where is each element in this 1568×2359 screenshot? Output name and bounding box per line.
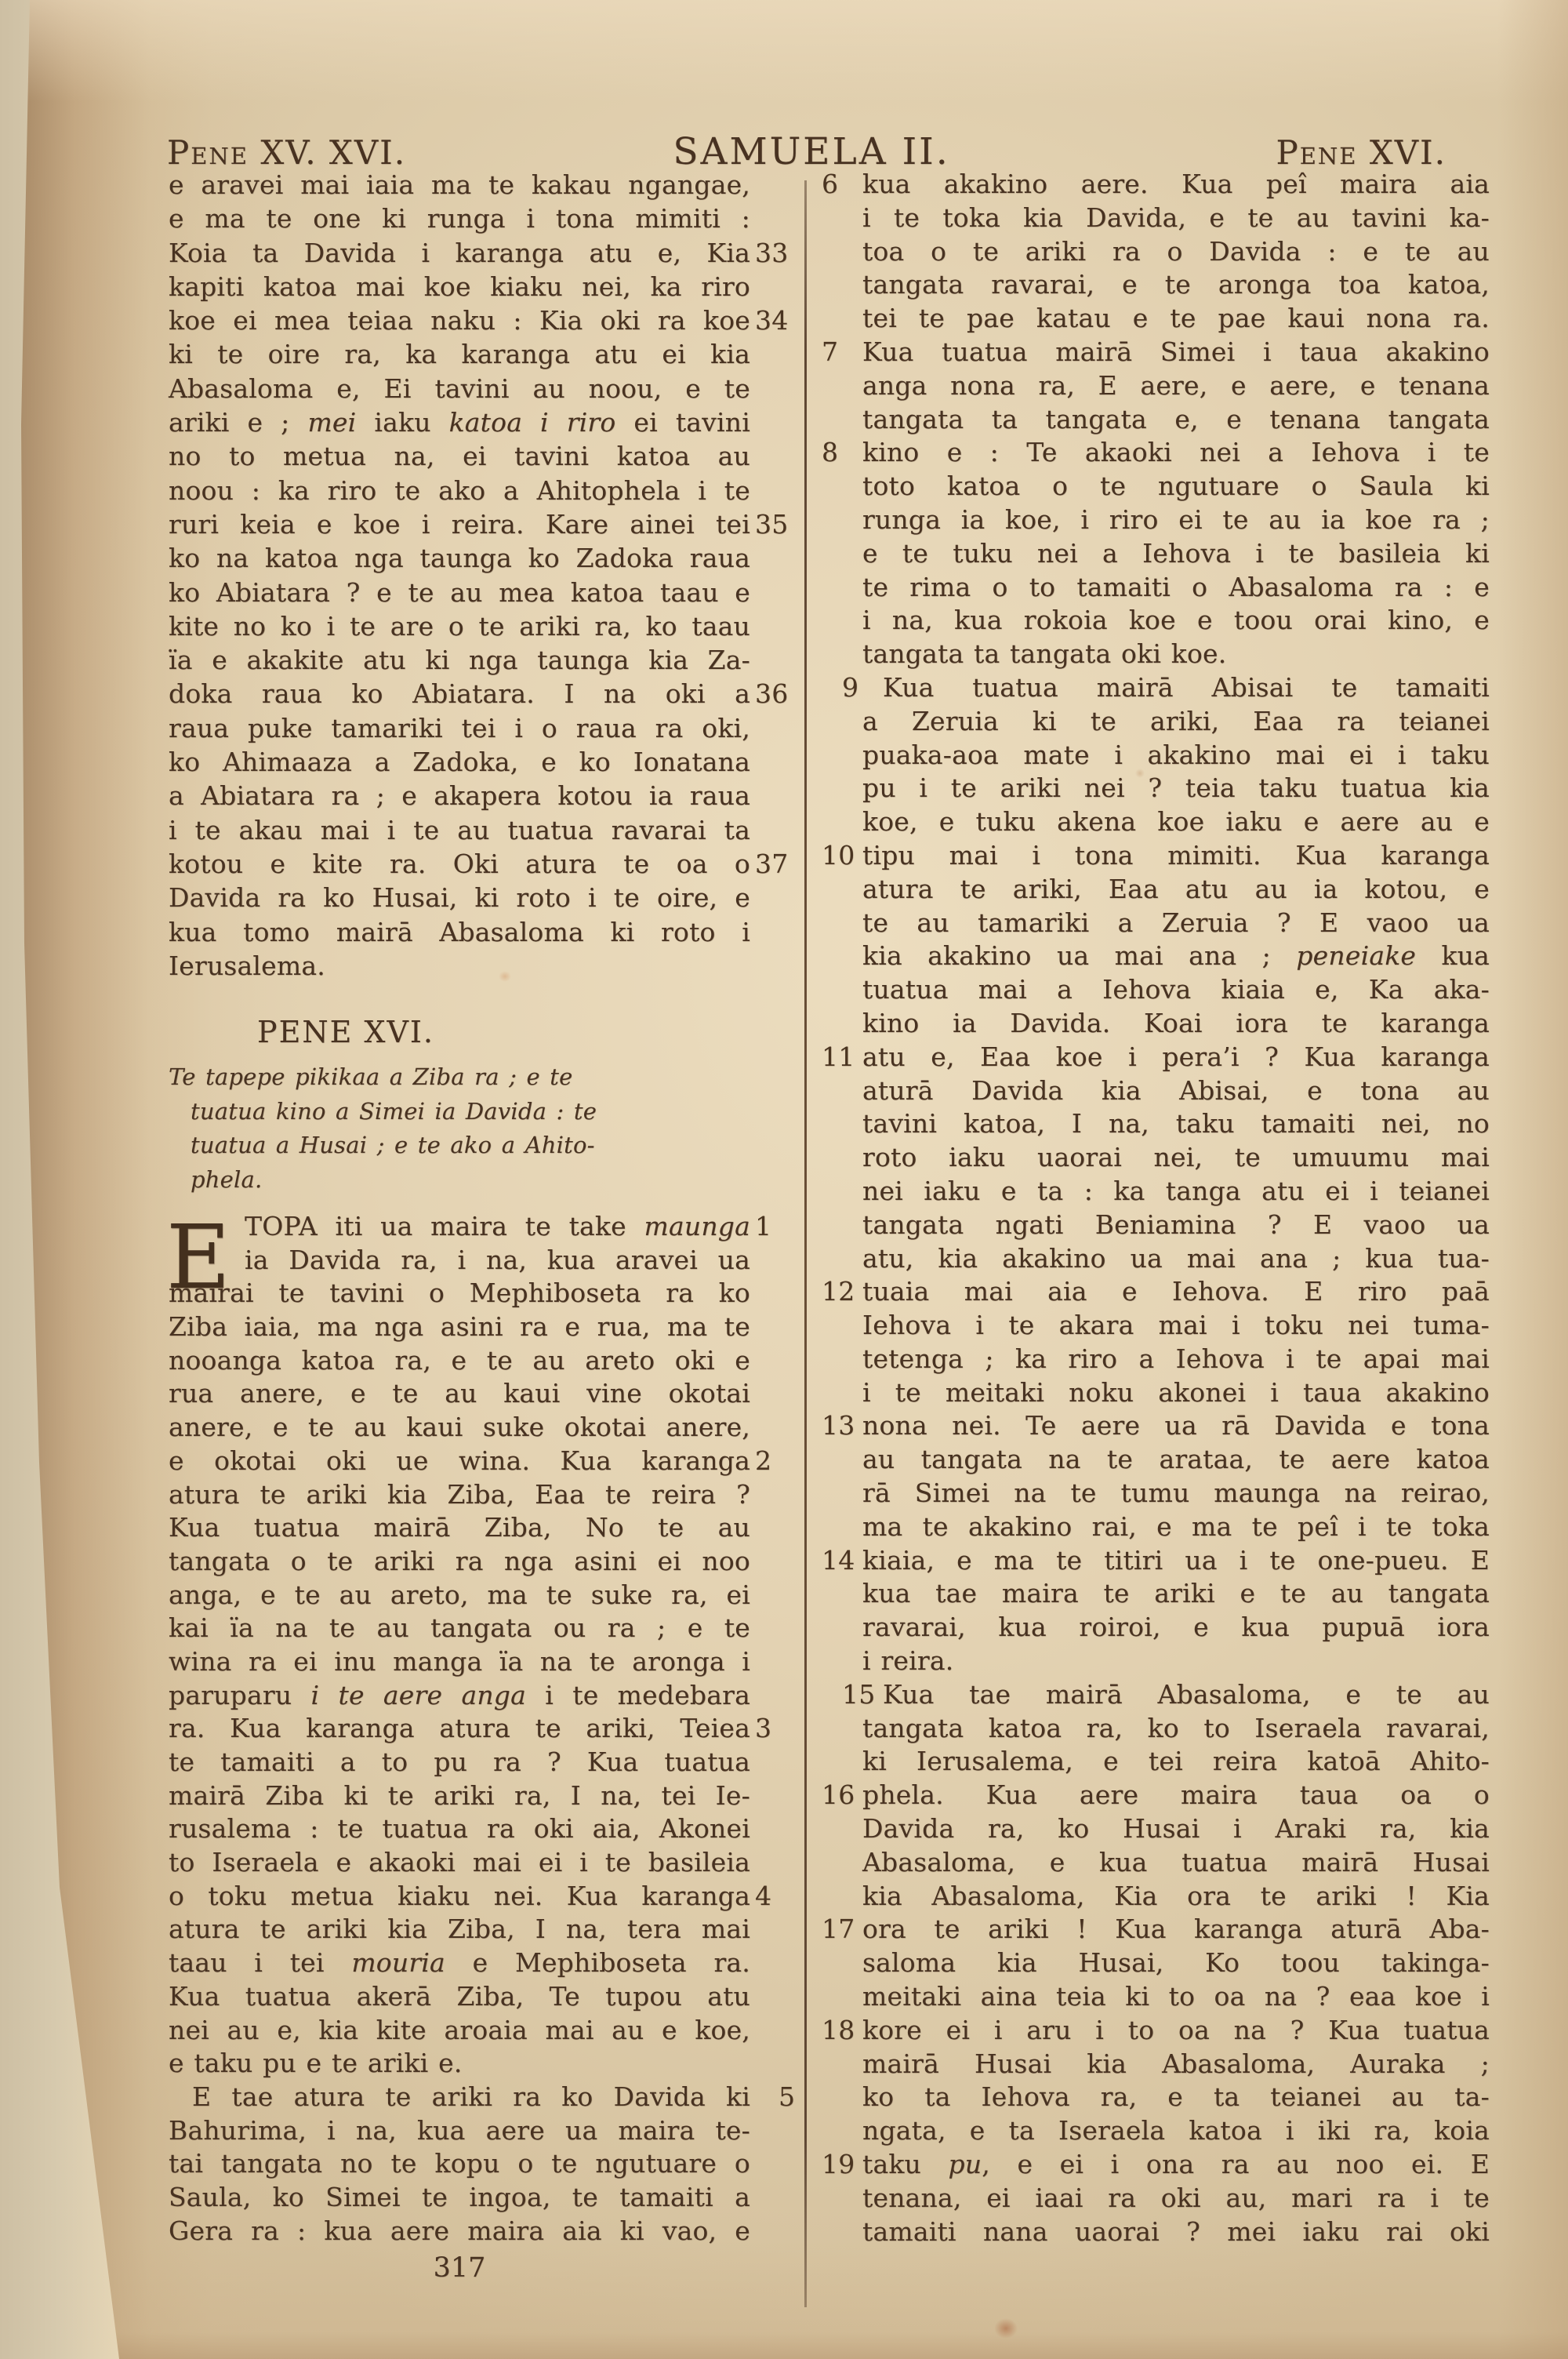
text-line: raua puke tamariki tei i o raua ra oki,	[169, 711, 750, 745]
verse-number: 15	[822, 1678, 859, 1712]
text-line: mairā Ziba ki te ariki ra, I na, tei Ie-	[169, 1779, 750, 1813]
verse-number: 10	[822, 839, 859, 873]
left-column-chapter16-text: ETOPA iti ua maira te take maunga1ia Dav…	[169, 1210, 750, 2248]
text-line: TOPA iti ua maira te take maunga1	[169, 1210, 750, 1244]
verse-number: 5	[755, 2081, 800, 2114]
verse-number: 33	[755, 236, 800, 270]
text-line: Kua tuatua mairā Ziba, No te au	[169, 1511, 750, 1545]
left-column-chapter15-text: e aravei mai iaia ma te kakau ngangae,e …	[169, 168, 750, 983]
text-line: anga nona ra, E aere, e aere, e tenana	[862, 369, 1490, 403]
verse-number: 6	[822, 168, 859, 202]
text-line: aturā Davida kia Abisai, e tona au	[862, 1074, 1490, 1108]
text-line: ko ta Iehova ra, e ta teianei au ta-	[862, 2081, 1490, 2114]
text-line: taau i tei mouria e Mephiboseta ra.	[169, 1946, 750, 1980]
text-line: i reira.	[862, 1645, 1490, 1678]
text-line: Kua tuatua akerā Ziba, Te tupou atu	[169, 1980, 750, 2014]
text-line: kore ei i aru i to oa na ? Kua tuatua18	[862, 2014, 1490, 2048]
text-line: meitaki aina teia ki to oa na ? eaa koe …	[862, 1980, 1490, 2014]
verse-number: 12	[822, 1275, 859, 1309]
text-line: tei te pae katau e te pae kaui nona ra.	[862, 302, 1490, 336]
running-header-left: Pene XV. XVI.	[167, 133, 559, 172]
text-line: wina ra ei inu manga ïa na te aronga i	[169, 1645, 750, 1679]
text-line: i te akau mai i te au tuatua ravarai ta	[169, 813, 750, 847]
text-line: anga, e te au areto, ma te suke ra, ei	[169, 1579, 750, 1612]
text-line: rā Simei na te tumu maunga na reirao,	[862, 1477, 1490, 1510]
text-line: kia Abasaloma, Kia ora te ariki ! Kia	[862, 1880, 1490, 1914]
text-line: kino e : Te akaoki nei a Iehova i te8	[862, 436, 1490, 470]
text-line: taku pu, e ei i ona ra au noo ei. E19	[862, 2148, 1490, 2182]
text-line: au tangata na te arataa, te aere katoa	[862, 1443, 1490, 1477]
text-line: kiaia, e ma te titiri ua i te one-pueu. …	[862, 1544, 1490, 1578]
verse-number: 13	[822, 1409, 859, 1443]
verse-number: 14	[822, 1544, 859, 1578]
text-line: mairā Husai kia Abasaloma, Auraka ;	[862, 2048, 1490, 2081]
text-line: kia akakino ua mai ana ; peneiake kua	[862, 940, 1490, 973]
text-line: tavini katoa, I na, taku tamaiti nei, no	[862, 1107, 1490, 1141]
text-line: rua anere, e te au kaui vine okotai	[169, 1377, 750, 1411]
text-line: doka raua ko Abiatara. I na oki a36	[169, 677, 750, 711]
text-line: atu, kia akakino ua mai ana ; kua tua-	[862, 1242, 1490, 1276]
text-line: rusalema : te tuatua ra oki aia, Akonei	[169, 1812, 750, 1846]
text-line: tetenga ; ka riro a Iehova i te apai mai	[862, 1343, 1490, 1376]
text-line: nei au e, kia kite aroaia mai au e koe,	[169, 2014, 750, 2048]
text-line: ko Abiatara ? e te au mea katoa taau e	[169, 576, 750, 609]
text-line: tangata o te ariki ra nga asini ei noo	[169, 1545, 750, 1579]
text-line: koe ei mea teiaa naku : Kia oki ra koe34	[169, 304, 750, 337]
page-number: 317	[169, 2252, 750, 2284]
text-line: ia Davida ra, i na, kua aravei ua	[169, 1244, 750, 1278]
text-line: ariki e ; mei iaku katoa i riro ei tavin…	[169, 405, 750, 439]
text-line: Saula, ko Simei te ingoa, te tamaiti a	[169, 2181, 750, 2215]
verse-number: 18	[822, 2014, 859, 2048]
text-line: ora te ariki ! Kua karanga aturā Aba-17	[862, 1913, 1490, 1946]
text-line: nona nei. Te aere ua rā Davida e tona13	[862, 1409, 1490, 1443]
verse-number: 1	[755, 1210, 800, 1244]
text-line: Davida ra, ko Husai i Araki ra, kia	[862, 1812, 1490, 1846]
text-line: o toku metua kiaku nei. Kua karanga4	[169, 1880, 750, 1914]
text-line: e te tuku nei a Iehova i te basileia ki	[862, 537, 1490, 571]
text-line: paruparu i te aere anga i te medebara	[169, 1679, 750, 1713]
text-line: kua akakino aere. Kua peî maira aia6	[862, 168, 1490, 202]
verse-number: 4	[755, 1880, 800, 1914]
text-line: ki Ierusalema, e tei reira katoā Ahito-	[862, 1745, 1490, 1779]
text-line: atura te ariki, Eaa atu au ia kotou, e	[862, 873, 1490, 907]
text-line: ravarai, kua roiroi, e kua pupuā iora	[862, 1611, 1490, 1645]
text-line: runga ia koe, i riro ei te au ia koe ra …	[862, 503, 1490, 537]
verse-number: 8	[822, 436, 859, 470]
running-header-title: SAMUELA II.	[643, 130, 980, 173]
verse-number: 35	[755, 507, 800, 541]
text-line: Kua tae mairā Abasaloma, e te au15	[862, 1678, 1490, 1712]
text-line: no to metua na, ei tavini katoa au	[169, 439, 750, 473]
text-line: Abasaloma e, Ei tavini au noou, e te	[169, 372, 750, 405]
verse-number: 11	[822, 1041, 859, 1074]
text-line: toto katoa o te ngutuare o Saula ki	[862, 470, 1490, 503]
verse-number: 3	[755, 1712, 800, 1746]
text-line: tai tangata no te kopu o te ngutuare o	[169, 2147, 750, 2181]
text-line: Ierusalema.	[169, 949, 750, 983]
text-line: Kua tuatua mairā Simei i taua akakino7	[862, 336, 1490, 369]
text-line: ko na katoa nga taunga ko Zadoka raua	[169, 541, 750, 575]
text-line: ra. Kua karanga atura te ariki, Teiea3	[169, 1712, 750, 1746]
text-line: tuatua a Husai ; e te ako a Ahito-	[169, 1129, 523, 1163]
verse-number: 36	[755, 677, 800, 711]
text-line: e taku pu e te ariki e.	[169, 2047, 750, 2081]
text-line: i na, kua rokoia koe e toou orai kino, e	[862, 604, 1490, 638]
text-line: tenana, ei iaai ra oki au, mari ra i te	[862, 2182, 1490, 2215]
text-line: mairai te tavini o Mephiboseta ra ko	[169, 1277, 750, 1310]
text-line: Kua tuatua mairā Abisai te tamaiti9	[862, 671, 1490, 705]
text-line: ngata, e ta Iseraela katoa i iki ra, koi…	[862, 2114, 1490, 2148]
text-line: atura te ariki kia Ziba, Eaa te reira ?	[169, 1478, 750, 1512]
text-line: ïa e akakite atu ki nga taunga kia Za-	[169, 643, 750, 677]
text-line: phela. Kua aere maira taua oa o16	[862, 1779, 1490, 1812]
text-line: tamaiti nana uaorai ? mei iaku rai oki	[862, 2215, 1490, 2249]
facing-page-edge	[0, 0, 133, 2359]
text-line: tangata ravarai, e te aronga toa katoa,	[862, 268, 1490, 302]
text-line: kotou e kite ra. Oki atura te oa o37	[169, 847, 750, 881]
text-line: ki te oire ra, ka karanga atu ei kia	[169, 337, 750, 371]
text-line: ko Ahimaaza a Zadoka, e ko Ionatana	[169, 745, 750, 779]
text-line: e okotai oki ue wina. Kua karanga2	[169, 1445, 750, 1478]
text-line: Iehova i te akara mai i toku nei tuma-	[862, 1309, 1490, 1343]
text-line: Gera ra : kua aere maira aia ki vao, e	[169, 2215, 750, 2248]
verse-number: 19	[822, 2148, 859, 2182]
text-line: kai ïa na te au tangata ou ra ; e te	[169, 1612, 750, 1645]
text-line: tangata katoa ra, ko to Iseraela ravarai…	[862, 1712, 1490, 1746]
verse-number: 37	[755, 847, 800, 881]
verse-number: 17	[822, 1913, 859, 1946]
text-line: saloma kia Husai, Ko toou takinga-	[862, 1946, 1490, 1980]
right-column-text: kua akakino aere. Kua peî maira aia6i te…	[862, 168, 1490, 2248]
text-line: a Abiatara ra ; e akapera kotou ia raua	[169, 779, 750, 812]
text-line: kite no ko i te are o te ariki ra, ko ta…	[169, 609, 750, 643]
text-line: tuatua mai a Iehova kiaia e, Ka aka-	[862, 973, 1490, 1007]
verse-number: 9	[822, 671, 859, 705]
text-line: phela.	[169, 1163, 523, 1198]
text-line: atu e, Eaa koe i pera’i ? Kua karanga11	[862, 1041, 1490, 1074]
text-line: nei iaku e ta : ka tanga atu ei i teiane…	[862, 1175, 1490, 1209]
text-line: Bahurima, i na, kua aere ua maira te-	[169, 2114, 750, 2148]
text-line: pu i te ariki nei ? teia taku tuatua kia	[862, 772, 1490, 805]
text-line: e aravei mai iaia ma te kakau ngangae,	[169, 168, 750, 202]
verse-number: 7	[822, 336, 859, 369]
text-line: Ziba iaia, ma nga asini ra e rua, ma te	[169, 1310, 750, 1344]
text-line: E tae atura te ariki ra ko Davida ki5	[169, 2081, 750, 2114]
text-line: toa o te ariki ra o Davida : e te au	[862, 235, 1490, 269]
text-line: tipu mai i tona mimiti. Kua karanga10	[862, 839, 1490, 873]
text-line: atura te ariki kia Ziba, I na, tera mai	[169, 1913, 750, 1946]
text-line: kapiti katoa mai koe kiaku nei, ka riro	[169, 270, 750, 304]
text-line: Te tapepe pikikaa a Ziba ra ; e te	[169, 1060, 523, 1095]
text-line: i te toka kia Davida, e te au tavini ka-	[862, 202, 1490, 235]
verse-number: 16	[822, 1779, 859, 1812]
text-line: kua tomo mairā Abasaloma ki roto i	[169, 915, 750, 949]
column-divider-rule	[804, 180, 807, 2307]
text-line: tangata ngati Beniamina ? E vaoo ua	[862, 1209, 1490, 1242]
text-line: roto iaku uaorai nei, te umuumu mai	[862, 1141, 1490, 1175]
text-line: nooanga katoa ra, e te au areto oki e	[169, 1344, 750, 1378]
text-line: to Iseraela e akaoki mai ei i te basilei…	[169, 1846, 750, 1880]
text-line: te rima o to tamaiti o Abasaloma ra : e	[862, 571, 1490, 605]
text-line: Koia ta Davida i karanga atu e, Kia33	[169, 236, 750, 270]
text-line: anere, e te au kaui suke okotai anere,	[169, 1411, 750, 1445]
book-page-scan: Pene XV. XVI. SAMUELA II. Pene XVI. e ar…	[0, 0, 1568, 2359]
text-line: kua tae maira te ariki e te au tangata	[862, 1577, 1490, 1611]
text-line: Abasaloma, e kua tuatua mairā Husai	[862, 1846, 1490, 1880]
paper-stain	[994, 2318, 1018, 2339]
running-header-right: Pene XVI.	[1176, 133, 1446, 172]
text-line: a Zeruia ki te ariki, Eaa ra teianei	[862, 705, 1490, 739]
text-line: tangata ta tangata oki koe.	[862, 638, 1490, 671]
chapter-summary: Te tapepe pikikaa a Ziba ra ; e tetuatua…	[169, 1060, 523, 1197]
text-line: noou : ka riro te ako a Ahitophela i te	[169, 474, 750, 507]
chapter-heading: PENE XVI.	[169, 1015, 523, 1049]
text-line: Davida ra ko Husai, ki roto i te oire, e	[169, 881, 750, 914]
verse-number: 34	[755, 304, 800, 337]
text-line: ma te akakino rai, e ma te peî i te toka	[862, 1510, 1490, 1544]
text-line: te tamaiti a to pu ra ? Kua tuatua	[169, 1746, 750, 1779]
text-line: puaka-aoa mate i akakino mai ei i taku	[862, 739, 1490, 772]
text-line: e ma te one ki runga i tona mimiti :	[169, 202, 750, 235]
text-line: te au tamariki a Zeruia ? E vaoo ua	[862, 907, 1490, 940]
text-line: tuatua kino a Simei ia Davida : te	[169, 1095, 523, 1129]
text-line: tangata ta tangata e, e tenana tangata	[862, 403, 1490, 437]
verse-number: 2	[755, 1445, 800, 1478]
text-line: ruri keia e koe i reira. Kare ainei tei3…	[169, 507, 750, 541]
text-line: tuaia mai aia e Iehova. E riro paā12	[862, 1275, 1490, 1309]
text-line: i te meitaki noku akonei i taua akakino	[862, 1376, 1490, 1410]
text-line: koe, e tuku akena koe iaku e aere au e	[862, 805, 1490, 839]
text-line: kino ia Davida. Koai iora te karanga	[862, 1007, 1490, 1041]
